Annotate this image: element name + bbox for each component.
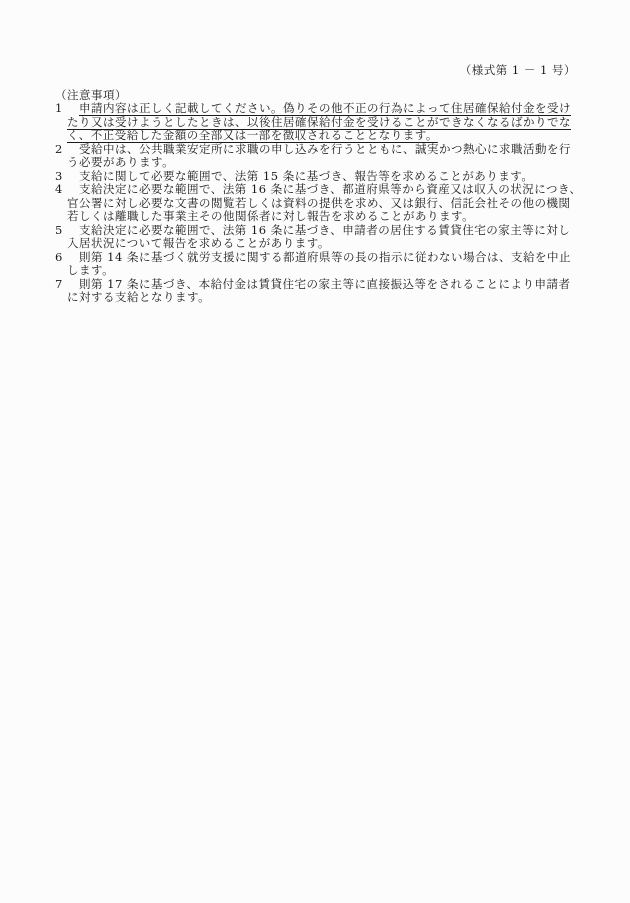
note-text: 支給決定に必要な範囲で、法第 16 条に基づき、都道府県等から資産又は収入の状況… xyxy=(67,183,576,224)
note-item-4: 4 支給決定に必要な範囲で、法第 16 条に基づき、都道府県等から資産又は収入の… xyxy=(55,183,576,224)
document-page: （様式第 1 － 1 号） （注意事項） 1 申請内容は正しく記載してください。… xyxy=(0,0,630,903)
note-item-1: 1 申請内容は正しく記載してください。偽りその他不正の行為によって住居確保給付金… xyxy=(55,102,576,143)
note-line: 受給中は、公共職業安定所に求職の申し込みを行うとともに、誠実かつ熱心に求職活動を… xyxy=(67,143,576,157)
note-item-5: 5 支給決定に必要な範囲で、法第 16 条に基づき、申請者の居住する賃貸住宅の家… xyxy=(55,224,576,251)
note-line: く、不正受給した金額の全部又は一部を徴収されることとなります。 xyxy=(67,129,576,143)
note-text: 則第 14 条に基づく就労支援に関する都道府県等の長の指示に従わない場合は、支給… xyxy=(67,251,576,278)
note-number: 2 xyxy=(55,143,79,157)
note-line: う必要があります。 xyxy=(67,156,576,170)
note-line: します。 xyxy=(67,264,576,278)
note-line: 則第 14 条に基づく就労支援に関する都道府県等の長の指示に従わない場合は、支給… xyxy=(67,251,576,265)
note-line: 支給決定に必要な範囲で、法第 16 条に基づき、都道府県等から資産又は収入の状況… xyxy=(67,183,576,197)
note-number: 3 xyxy=(55,170,79,184)
notes-heading: （注意事項） xyxy=(55,89,576,103)
note-number: 6 xyxy=(55,251,79,265)
note-number: 1 xyxy=(55,102,79,116)
note-number: 7 xyxy=(55,278,79,292)
note-line: 入居状況について報告を求めることがあります。 xyxy=(67,237,576,251)
note-line: 則第 17 条に基づき、本給付金は賃貸住宅の家主等に直接振込等をされることにより… xyxy=(67,278,576,292)
note-line: に対する支給となります。 xyxy=(67,291,576,305)
note-item-3: 3 支給に関して必要な範囲で、法第 15 条に基づき、報告等を求めることがありま… xyxy=(55,170,576,184)
note-line: たり又は受けようとしたときは、以後住居確保給付金を受けることができなくなるばかり… xyxy=(67,116,576,130)
note-line: 申請内容は正しく記載してください。偽りその他不正の行為によって住居確保給付金を受… xyxy=(67,102,576,116)
note-item-7: 7 則第 17 条に基づき、本給付金は賃貸住宅の家主等に直接振込等をされることに… xyxy=(55,278,576,305)
note-line: 官公署に対し必要な文書の閲覧若しくは資料の提供を求め、又は銀行、信託会社その他の… xyxy=(67,197,576,211)
note-text: 則第 17 条に基づき、本給付金は賃貸住宅の家主等に直接振込等をされることにより… xyxy=(67,278,576,305)
form-number-label: （様式第 1 － 1 号） xyxy=(55,64,576,78)
note-text: 支給決定に必要な範囲で、法第 16 条に基づき、申請者の居住する賃貸住宅の家主等… xyxy=(67,224,576,251)
note-text: 申請内容は正しく記載してください。偽りその他不正の行為によって住居確保給付金を受… xyxy=(67,102,576,143)
note-text: 支給に関して必要な範囲で、法第 15 条に基づき、報告等を求めることがあります。 xyxy=(67,170,576,184)
note-item-6: 6 則第 14 条に基づく就労支援に関する都道府県等の長の指示に従わない場合は、… xyxy=(55,251,576,278)
note-item-2: 2 受給中は、公共職業安定所に求職の申し込みを行うとともに、誠実かつ熱心に求職活… xyxy=(55,143,576,170)
note-number: 5 xyxy=(55,224,79,238)
note-line: 支給決定に必要な範囲で、法第 16 条に基づき、申請者の居住する賃貸住宅の家主等… xyxy=(67,224,576,238)
note-line: 若しくは離職した事業主その他関係者に対し報告を求めることがあります。 xyxy=(67,210,576,224)
note-number: 4 xyxy=(55,183,79,197)
note-text: 受給中は、公共職業安定所に求職の申し込みを行うとともに、誠実かつ熱心に求職活動を… xyxy=(67,143,576,170)
note-line: 支給に関して必要な範囲で、法第 15 条に基づき、報告等を求めることがあります。 xyxy=(67,170,576,184)
